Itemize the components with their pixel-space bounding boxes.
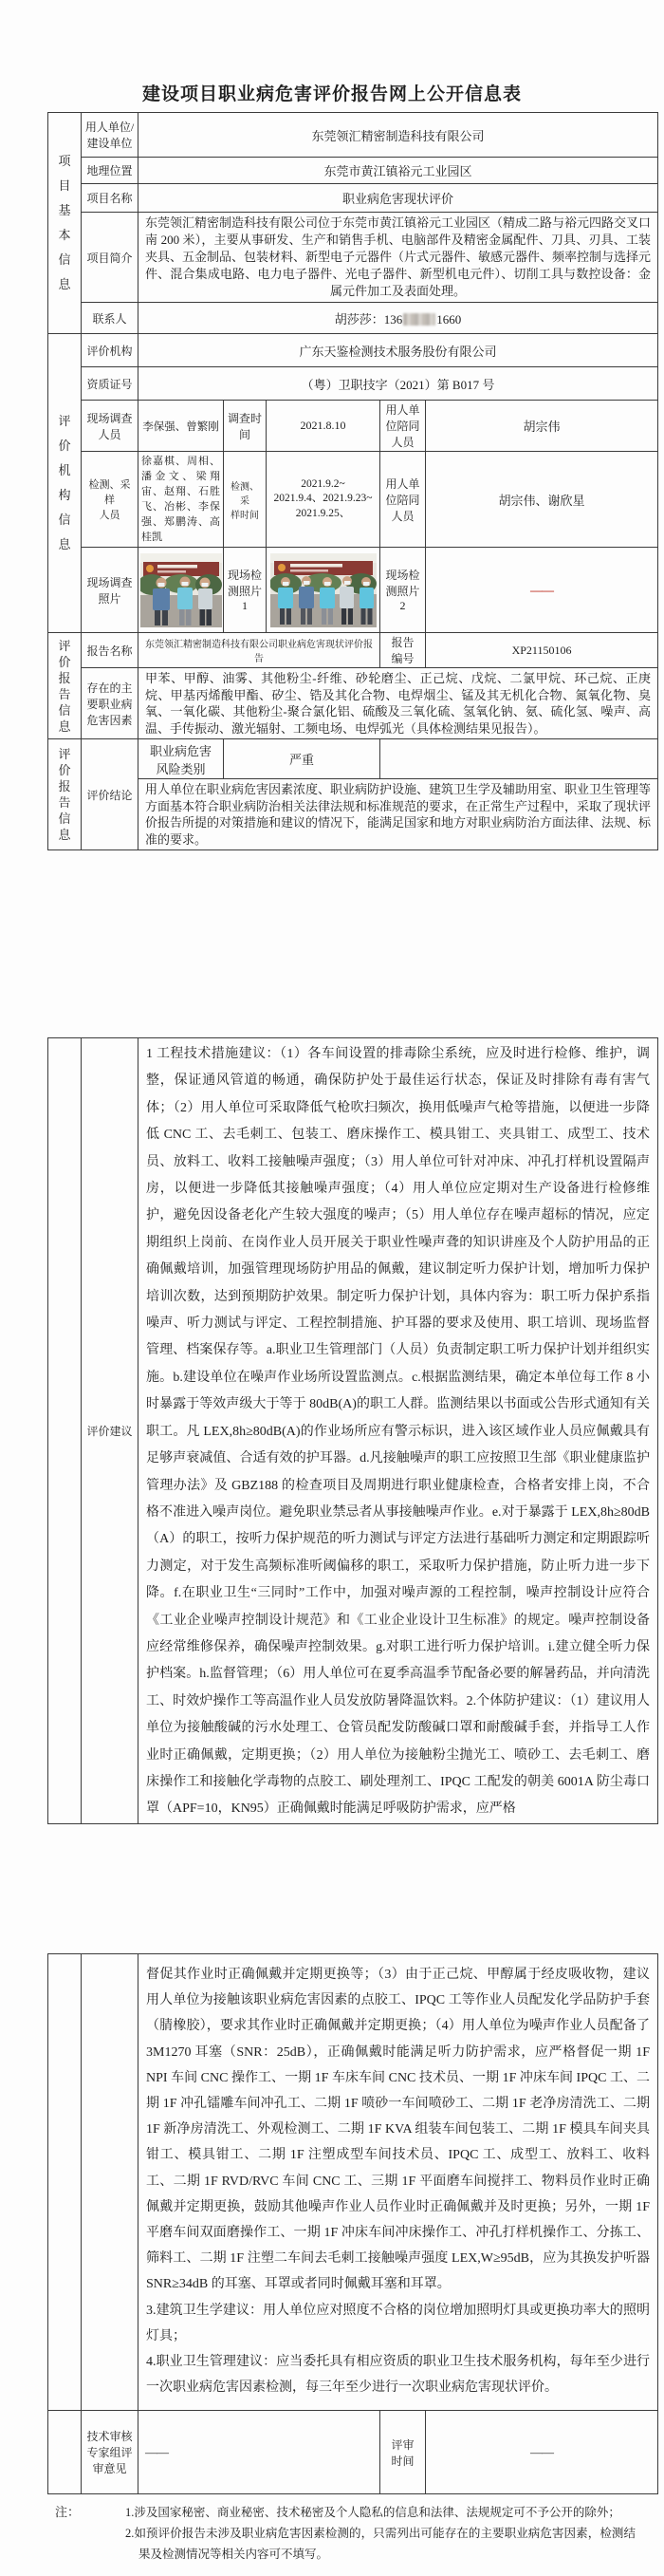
survey-accompany-value: 胡宗伟 xyxy=(426,401,658,452)
report-no-value: XP21150106 xyxy=(426,633,658,668)
risk-class-label: 职业病危害 风险类别 xyxy=(138,739,224,779)
suggestion-table-page3: 督促其作业时正确佩戴并定期更换等；（3）由于正己烷、甲醇属于经皮吸收物，建议用人… xyxy=(47,1953,658,2494)
main-info-table: 项目基本信息 用人单位/ 建设单位 东莞领汇精密制造科技有限公司 地理位置 东莞… xyxy=(47,112,658,850)
section-label-vertical: 评价机构信息 xyxy=(58,409,72,557)
accompany-label: 用人单 位陪同 人员 xyxy=(380,401,426,452)
survey-staff-value: 李保强、曾繁刚 xyxy=(138,401,224,452)
section-label-vertical: 评价报告信息 xyxy=(58,746,72,843)
survey-time-label: 调查时 间 xyxy=(224,401,267,452)
sampling-time-value: 2021.9.2~ 2021.9.4、2021.9.23~ 2021.9.25、 xyxy=(267,452,380,548)
site-inspection-photo-1 xyxy=(270,553,377,627)
section-project-basic-info: 项目基本信息 xyxy=(48,113,82,334)
hazards-label: 存在的主 要职业病 危害因素 xyxy=(82,668,138,739)
suggestion-value-part1: 1 工程技术措施建议：（1）各车间设置的排毒除尘系统，应及时进行检修、维护，调整… xyxy=(138,1038,658,1824)
expert-review-value: —— xyxy=(138,2411,380,2494)
risk-class-empty-cell xyxy=(380,739,658,779)
review-time-label: 评审 时间 xyxy=(380,2411,426,2494)
det-photo2-value: —— xyxy=(426,548,658,633)
note-item-1: 1.涉及国家秘密、商业秘密、技术秘密及个人隐私的信息和法律、法规规定可不予公开的… xyxy=(125,2502,636,2523)
project-intro-value: 东莞领汇精密制造科技有限公司位于东莞市黄江镇裕元工业园区（精成二路与裕元四路交叉… xyxy=(138,213,658,303)
sampling-staff-label: 检测、采样 人员 xyxy=(82,452,138,548)
document-title: 建设项目职业病危害评价报告网上公开信息表 xyxy=(0,80,664,105)
employer-label: 用人单位/ 建设单位 xyxy=(82,113,138,158)
conclusion-value: 用人单位在职业病危害因素浓度、职业病防护设施、建筑卫生学及辅助用室、职业卫生管理… xyxy=(138,779,658,850)
det-photo1-cell xyxy=(267,548,380,633)
section-label-vertical: 评价报告信息 xyxy=(58,638,72,735)
sampling-time-label: 检测、采 样时间 xyxy=(224,452,267,548)
location-value: 东莞市黄江镇裕元工业园区 xyxy=(138,158,658,184)
section-continuation-empty xyxy=(48,1038,82,1824)
cert-value: （粤）卫职技字（2021）第 B017 号 xyxy=(138,367,658,401)
note-item-2: 2.如预评价报告未涉及职业病危害因素检测的，只需列出可能存在的主要职业病危害因素… xyxy=(125,2523,636,2565)
footer-notes: 注： 1.涉及国家秘密、商业秘密、技术秘密及个人隐私的信息和法律、法规规定可不予… xyxy=(55,2502,636,2565)
project-intro-label: 项目简介 xyxy=(82,213,138,303)
hazards-value: 甲苯、甲醇、油雾、其他粉尘-纤维、砂轮磨尘、正己烷、戊烷、二氯甲烷、环己烷、正庚… xyxy=(138,668,658,739)
survey-time-value: 2021.8.10 xyxy=(267,401,380,452)
suggestion-label: 评价建议 xyxy=(82,1038,138,1824)
sampling-accompany-value: 胡宗伟、谢欣星 xyxy=(426,452,658,548)
det-photo2-label: 现场检 测照片 2 xyxy=(380,548,426,633)
det-photo1-label: 现场检 测照片 1 xyxy=(224,548,267,633)
project-name-value: 职业病危害现状评价 xyxy=(138,184,658,213)
risk-class-value: 严重 xyxy=(224,739,380,779)
project-name-label: 项目名称 xyxy=(82,184,138,213)
section-agency-info: 评价机构信息 xyxy=(48,334,82,633)
section-continuation-empty xyxy=(48,1954,82,2411)
section-report-info-a: 评价报告信息 xyxy=(48,633,82,739)
suggestion-value-part2: 督促其作业时正确佩戴并定期更换等；（3）由于正己烷、甲醇属于经皮吸收物，建议用人… xyxy=(138,1954,658,2411)
survey-photo-cell xyxy=(138,548,224,633)
contact-label: 联系人 xyxy=(82,303,138,334)
suggestion-label-continuation-empty xyxy=(82,1954,138,2411)
expert-review-label: 技术审核 专家组评 审意见 xyxy=(82,2411,138,2494)
agency-label: 评价机构 xyxy=(82,334,138,367)
document-page: 建设项目职业病危害评价报告网上公开信息表 项目基本信息 用人单位/ 建设单位 东… xyxy=(0,0,664,2576)
location-label: 地理位置 xyxy=(82,158,138,184)
employer-value: 东莞领汇精密制造科技有限公司 xyxy=(138,113,658,158)
report-name-value: 东莞领汇精密制造科技有限公司职业病危害现状评价报告 xyxy=(138,633,380,668)
survey-staff-label: 现场调查 人员 xyxy=(82,401,138,452)
redacted-phone-digits xyxy=(403,313,435,326)
report-no-label: 报告 编号 xyxy=(380,633,426,668)
conclusion-label: 评价结论 xyxy=(82,739,138,850)
note-label: 注： xyxy=(55,2502,125,2565)
section-report-info-b: 评价报告信息 xyxy=(48,739,82,850)
note-body: 1.涉及国家秘密、商业秘密、技术秘密及个人隐私的信息和法律、法规规定可不予公开的… xyxy=(125,2502,636,2565)
accompany-label: 用人单 位陪同 人员 xyxy=(380,452,426,548)
site-survey-photo xyxy=(140,553,222,627)
contact-name-and-phone-prefix: 胡莎莎：136 xyxy=(335,312,403,327)
agency-value: 广东天鉴检测技术服务股份有限公司 xyxy=(138,334,658,367)
review-time-value: —— xyxy=(426,2411,658,2494)
contact-phone-suffix: 1660 xyxy=(436,312,461,327)
section-continuation-empty xyxy=(48,2411,82,2494)
survey-photo-label: 现场调查 照片 xyxy=(82,548,138,633)
sampling-staff-value: 徐嘉棋、周相、潘金文、梁翔宙、赵翔、石胜飞、冶彬、李保强、郑鹏涛、高桂凯 xyxy=(138,452,224,548)
suggestion-table-page2: 评价建议 1 工程技术措施建议：（1）各车间设置的排毒除尘系统，应及时进行检修、… xyxy=(47,1037,658,1824)
cert-label: 资质证号 xyxy=(82,367,138,401)
report-name-label: 报告名称 xyxy=(82,633,138,668)
contact-value: 胡莎莎：1361660 xyxy=(138,303,658,334)
section-label-vertical: 项目基本信息 xyxy=(58,149,72,297)
